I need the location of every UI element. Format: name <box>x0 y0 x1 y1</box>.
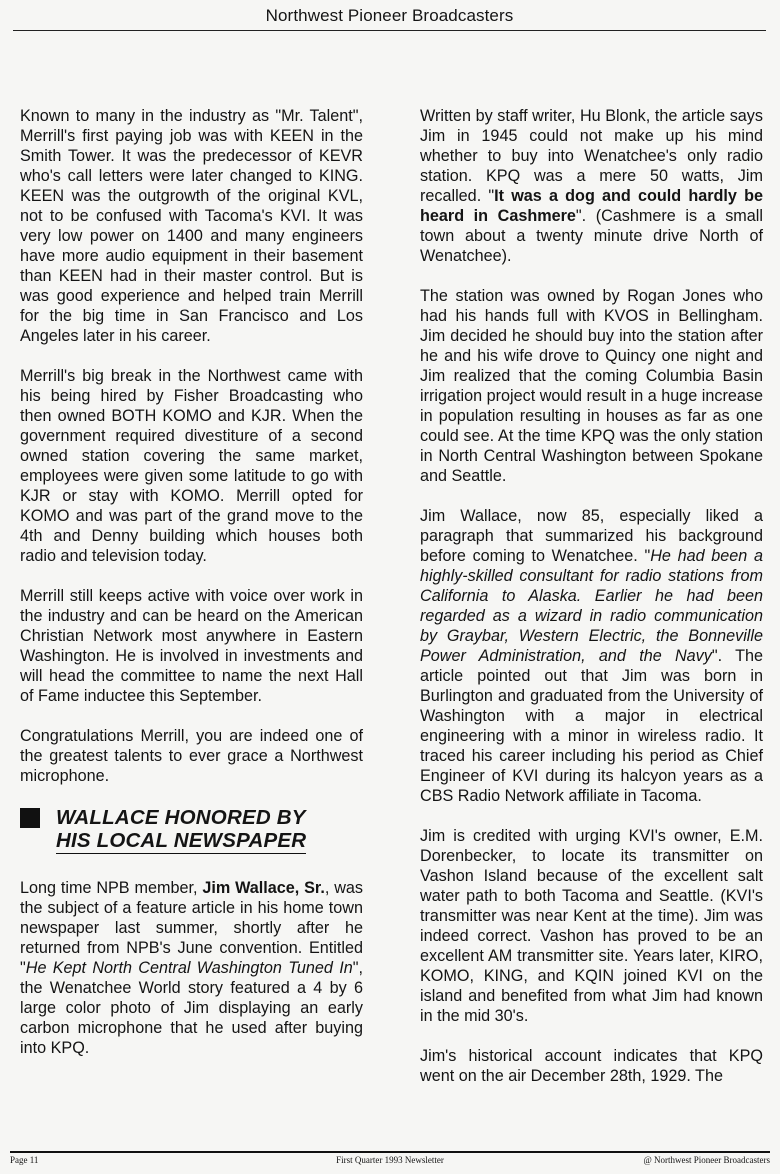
bullet-square-icon <box>20 808 40 828</box>
text: ". The article pointed out that Jim was … <box>420 647 763 805</box>
paragraph-wallace-intro: Long time NPB member, Jim Wallace, Sr., … <box>20 878 363 1058</box>
paragraph-mr-talent: Known to many in the industry as "Mr. Ta… <box>20 106 363 346</box>
paragraph-big-break: Merrill's big break in the Northwest cam… <box>20 366 363 566</box>
section-title-line1: WALLACE HONORED BY <box>56 806 306 829</box>
newsletter-title: Northwest Pioneer Broadcasters <box>266 6 514 25</box>
left-column: Known to many in the industry as "Mr. Ta… <box>20 106 363 1078</box>
bold-name: Jim Wallace, Sr. <box>202 879 325 897</box>
article-title: He Kept North Central Washington Tuned I… <box>26 959 353 977</box>
page-number: Page 11 <box>10 1155 38 1166</box>
copyright: @ Northwest Pioneer Broadcasters <box>643 1155 770 1166</box>
footer-rule <box>10 1151 770 1153</box>
section-title: WALLACE HONORED BY HIS LOCAL NEWSPAPER <box>56 806 306 854</box>
paragraph-vashon: Jim is credited with urging KVI's owner,… <box>420 826 763 1026</box>
paragraph-rogan-jones: The station was owned by Rogan Jones who… <box>420 286 763 486</box>
paragraph-hu-blonk: Written by staff writer, Hu Blonk, the a… <box>420 106 763 266</box>
section-title-line2: HIS LOCAL NEWSPAPER <box>56 829 306 854</box>
page-header: Northwest Pioneer Broadcasters <box>13 6 766 31</box>
right-column: Written by staff writer, Hu Blonk, the a… <box>420 106 763 1106</box>
paragraph-congratulations: Congratulations Merrill, you are indeed … <box>20 726 363 786</box>
paragraph-still-active: Merrill still keeps active with voice ov… <box>20 586 363 706</box>
text: Long time NPB member, <box>20 879 202 897</box>
paragraph-background: Jim Wallace, now 85, especially liked a … <box>420 506 763 806</box>
section-heading: WALLACE HONORED BY HIS LOCAL NEWSPAPER <box>20 806 363 854</box>
paragraph-historical-account: Jim's historical account indicates that … <box>420 1046 763 1086</box>
